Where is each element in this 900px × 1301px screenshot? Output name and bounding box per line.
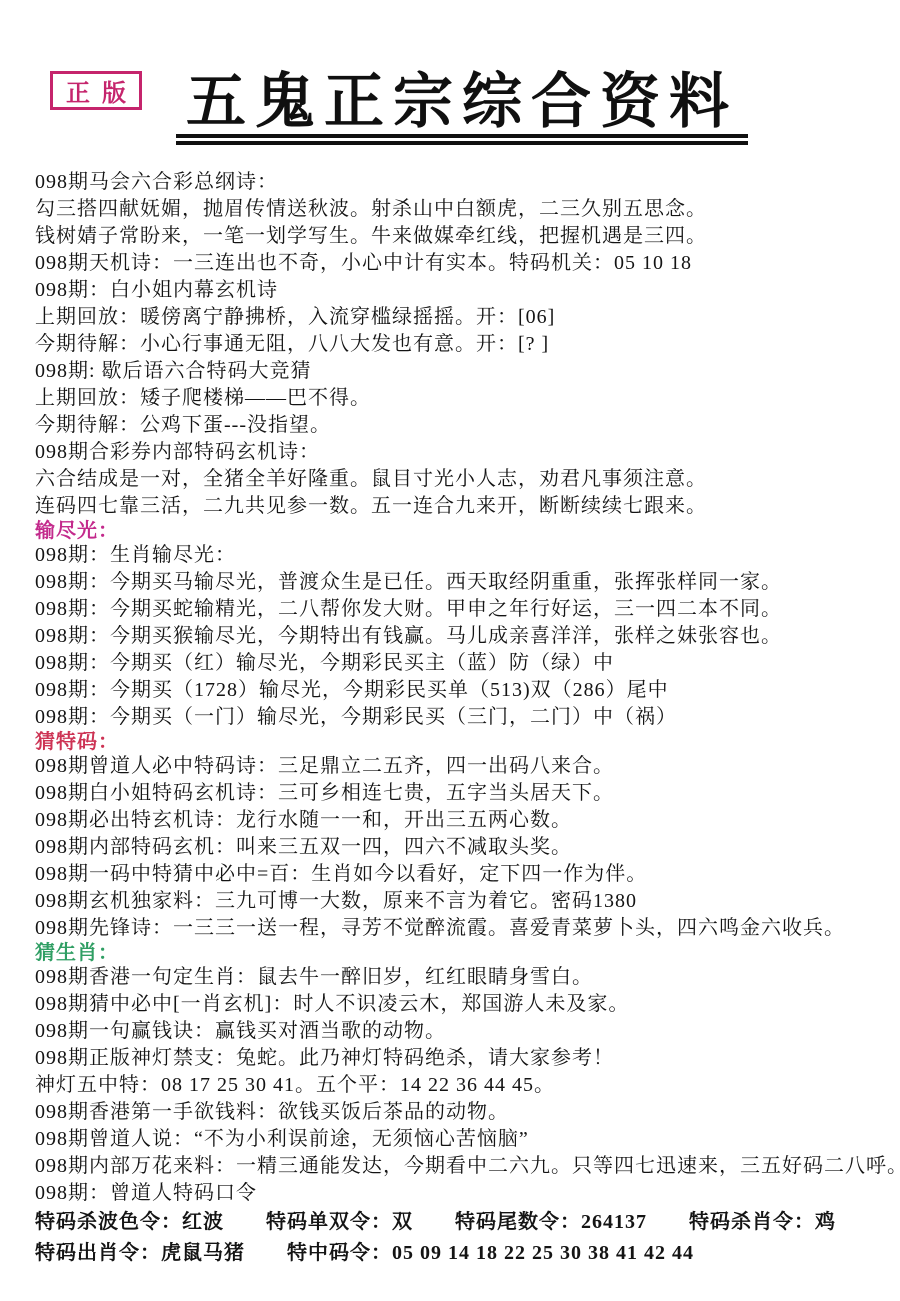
text-line: 098期内部万花来料：一精三通能发达，今期看中二六九。只等四七迅速来，三五好码二… bbox=[35, 1153, 900, 1180]
text-line: 098期：今期买猴输尽光，今期特出有钱赢。马儿成亲喜洋洋，张样之妹张容也。 bbox=[35, 623, 900, 650]
page-title: 五鬼正宗综合资料 bbox=[186, 54, 738, 140]
text-line: 098期正版神灯禁支：兔蛇。此乃神灯特码绝杀，请大家参考！ bbox=[35, 1045, 900, 1072]
text-line: 098期：曾道人特码口令 bbox=[35, 1180, 900, 1207]
text-line: 098期：今期买（一门）输尽光，今期彩民买（三门，二门）中（祸） bbox=[35, 704, 900, 731]
text-line: 098期马会六合彩总纲诗： bbox=[35, 169, 900, 196]
section-heading: 猜生肖： bbox=[35, 942, 900, 964]
content-lines: 098期马会六合彩总纲诗：勾三搭四献妩媚，抛眉传情送秋波。射杀山中白额虎，二三久… bbox=[35, 169, 900, 1269]
text-line: 098期曾道人必中特码诗：三足鼎立二五齐，四一出码八来合。 bbox=[35, 753, 900, 780]
text-line: 098期：今期买马输尽光，普渡众生是已任。西天取经阴重重，张挥张样同一家。 bbox=[35, 569, 900, 596]
underline-bar-bottom bbox=[176, 141, 748, 145]
text-line: 098期：今期买（1728）输尽光，今期彩民买单（513)双（286）尾中 bbox=[35, 677, 900, 704]
text-line: 特码杀波色令：红波 特码单双令：双 特码尾数令：264137 特码杀肖令：鸡 bbox=[35, 1207, 900, 1238]
edition-badge: 正版 bbox=[50, 71, 142, 110]
text-line: 098期曾道人说：“不为小利误前途，无须恼心苦恼脑” bbox=[35, 1126, 900, 1153]
text-line: 098期合彩券内部特码玄机诗： bbox=[35, 439, 900, 466]
text-line: 连码四七靠三活，二九共见参一数。五一连合九来开，断断续续七跟来。 bbox=[35, 493, 900, 520]
text-line: 上期回放：暖傍离宁静拂桥，入流穿槛绿摇摇。开：[06] bbox=[35, 304, 900, 331]
text-line: 六合结成是一对，全猪全羊好隆重。鼠目寸光小人志，劝君凡事须注意。 bbox=[35, 466, 900, 493]
text-line: 098期内部特码玄机：叫来三五双一四，四六不减取头奖。 bbox=[35, 834, 900, 861]
text-line: 098期：白小姐内幕玄机诗 bbox=[35, 277, 900, 304]
text-line: 098期必出特玄机诗：龙行水随一一和，开出三五两心数。 bbox=[35, 807, 900, 834]
text-line: 098期天机诗：一三连出也不奇，小心中计有实本。特码机关：05 10 18 bbox=[35, 250, 900, 277]
text-line: 098期先锋诗：一三三一送一程，寻芳不觉醉流霞。喜爱青菜萝卜头，四六鸣金六收兵。 bbox=[35, 915, 900, 942]
text-line: 今期待解：小心行事通无阻，八八大发也有意。开：[? ] bbox=[35, 331, 900, 358]
section-heading: 输尽光： bbox=[35, 520, 900, 542]
underline-bar-top bbox=[176, 134, 748, 138]
text-line: 098期：今期买蛇输精光，二八帮你发大财。甲申之年行好运，三一四二本不同。 bbox=[35, 596, 900, 623]
text-line: 098期白小姐特码玄机诗：三可乡相连七贵，五字当头居天下。 bbox=[35, 780, 900, 807]
text-line: 钱树婧子常盼来，一笔一划学写生。牛来做媒牵红线，把握机遇是三四。 bbox=[35, 223, 900, 250]
section-heading: 猜特码： bbox=[35, 731, 900, 753]
text-line: 上期回放：矮子爬楼梯——巴不得。 bbox=[35, 385, 900, 412]
text-line: 098期：今期买（红）输尽光，今期彩民买主（蓝）防（绿）中 bbox=[35, 650, 900, 677]
page: 正版 五鬼正宗综合资料 098期马会六合彩总纲诗：勾三搭四献妩媚，抛眉传情送秋波… bbox=[0, 0, 900, 1301]
title-underline bbox=[176, 134, 748, 145]
text-line: 098期猜中必中[一肖玄机]：时人不识凌云木，郑国游人未及家。 bbox=[35, 991, 900, 1018]
text-line: 098期玄机独家料：三九可博一大数，原来不言为着它。密码1380 bbox=[35, 888, 900, 915]
text-line: 神灯五中特：08 17 25 30 41。五个平：14 22 36 44 45。 bbox=[35, 1072, 900, 1099]
text-line: 勾三搭四献妩媚，抛眉传情送秋波。射杀山中白额虎，二三久别五思念。 bbox=[35, 196, 900, 223]
text-line: 098期一码中特猜中必中=百：生肖如今以看好，定下四一作为伴。 bbox=[35, 861, 900, 888]
text-line: 098期：生肖输尽光： bbox=[35, 542, 900, 569]
text-line: 098期一句赢钱诀：赢钱买对酒当歌的动物。 bbox=[35, 1018, 900, 1045]
text-line: 098期香港第一手欲钱料：欲钱买饭后茶品的动物。 bbox=[35, 1099, 900, 1126]
text-line: 098期香港一句定生肖：鼠去牛一醉旧岁，红红眼睛身雪白。 bbox=[35, 964, 900, 991]
text-line: 特码出肖令：虎鼠马猪 特中码令：05 09 14 18 22 25 30 38 … bbox=[35, 1238, 900, 1269]
text-line: 今期待解：公鸡下蛋---没指望。 bbox=[35, 412, 900, 439]
text-line: 098期: 歇后语六合特码大竞猜 bbox=[35, 358, 900, 385]
